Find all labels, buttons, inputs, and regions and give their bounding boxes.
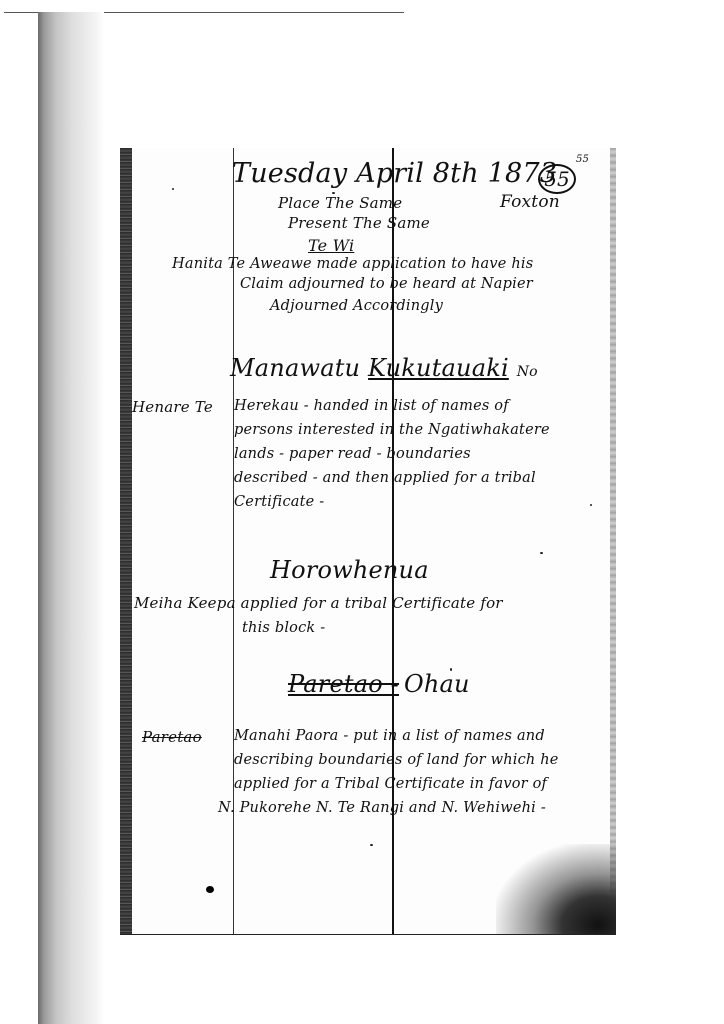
heading-part-underlined: Kukutauaki [368, 354, 509, 382]
place-location: Foxton [500, 192, 560, 212]
entry-line: Claim adjourned to be heard at Napier [240, 276, 533, 292]
document-page: Tuesday April 8th 1873 55 55 Place The S… [120, 148, 616, 935]
folio-number-circled: 55 [538, 164, 576, 194]
bottom-right-smudge [496, 844, 616, 934]
page-left-edge [120, 148, 132, 934]
entry-heading-te-wi: Te Wi [308, 236, 354, 255]
ink-blot [206, 886, 214, 893]
entry-line: Adjourned Accordingly [270, 298, 443, 314]
entry-line: Meiha Keepa applied for a tribal Certifi… [134, 594, 503, 612]
entry-line: lands - paper read - boundaries [234, 446, 471, 462]
applicant-name: Henare Te [132, 398, 213, 416]
entry-line: this block - [242, 620, 325, 636]
scan-speck [540, 552, 543, 554]
entry-heading-horowhenua: Horowhenua [270, 556, 429, 584]
entry-line: describing boundaries of land for which … [234, 752, 559, 768]
present-line: Present The Same [288, 214, 430, 232]
entry-line: Herekau - handed in list of names of [234, 398, 509, 414]
scan-speck [370, 844, 373, 846]
date-heading: Tuesday April 8th 1873 [232, 158, 557, 189]
entry-heading-struck: Paretao - [288, 670, 399, 698]
page-right-edge [610, 148, 616, 934]
entry-heading-manawatu-kukutauaki: Manawatu Kukutauaki No [230, 354, 538, 382]
scan-speck [172, 188, 174, 190]
book-binding-shadow [38, 12, 104, 1024]
heading-suffix: No [517, 364, 538, 380]
entry-line: Manahi Paora - put in a list of names an… [234, 728, 545, 744]
scan-speck [590, 504, 592, 506]
entry-line: N. Pukorehe N. Te Rangi and N. Wehiwehi … [218, 800, 546, 816]
entry-line: Hanita Te Aweawe made application to hav… [172, 256, 533, 272]
entry-line: Certificate - [234, 494, 324, 510]
entry-line: applied for a Tribal Certificate in favo… [234, 776, 547, 792]
entry-line: described - and then applied for a triba… [234, 470, 536, 486]
folio-mark: 55 [576, 154, 589, 165]
place-line: Place The Same [278, 194, 402, 212]
heading-part: Manawatu [230, 354, 360, 382]
entry-heading-ohau: Ohau [404, 670, 470, 698]
margin-note-struck: Paretao [142, 728, 202, 746]
entry-line: persons interested in the Ngatiwhakatere [234, 422, 550, 438]
